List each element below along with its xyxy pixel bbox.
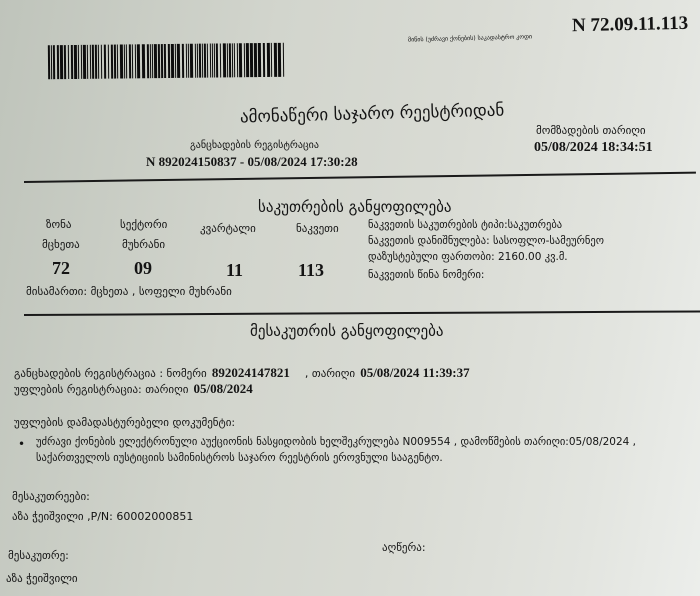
- barcode-bar: [229, 43, 231, 77]
- sector-label: სექტორი: [120, 218, 167, 231]
- parcel-purpose: ნაკვეთის დანიშნულება: სასოფლო-სამეურნეო: [368, 235, 604, 247]
- owner-name: აზა ჭეიშვილი: [6, 572, 78, 585]
- barcode-bar: [64, 45, 66, 79]
- barcode-bar: [57, 45, 59, 79]
- barcode-bar: [278, 43, 281, 77]
- barcode-bar: [120, 44, 123, 78]
- document-title: ამონაწერი საჯარო რეესტრიდან: [240, 101, 505, 128]
- barcode-bar: [164, 44, 166, 78]
- barcode-bar: [283, 43, 284, 77]
- barcode-bar: [204, 44, 206, 78]
- barcode-bar: [117, 45, 118, 79]
- parcel-ownership-type: ნაკვეთის საკუთრების ტიპი:საკუთრება: [368, 219, 562, 231]
- barcode-bar: [182, 44, 184, 78]
- barcode-bar: [274, 43, 277, 77]
- barcode-bar: [83, 45, 86, 79]
- barcode-bar: [114, 45, 116, 79]
- quarter-label: კვარტალი: [200, 222, 256, 235]
- barcode-bar: [147, 44, 149, 78]
- preparation-date-label: მომზადების თარიღი: [536, 124, 646, 137]
- right-registration: უფლების რეგისტრაცია: თარიღი 05/08/2024: [14, 378, 253, 397]
- sector-name: მუხრანი: [122, 238, 165, 251]
- parcel-previous-number: ნაკვეთის წინა ნომერი:: [368, 269, 484, 281]
- barcode-bar: [108, 45, 109, 79]
- zone-value: 72: [52, 258, 70, 279]
- cadastral-code-caption: მიწის (უძრავი ქონების) საკადასტრო კოდი: [408, 33, 532, 43]
- owner-application-date: 05/08/2024 11:39:37: [360, 365, 469, 380]
- document-line-1: უძრავი ქონების ელექტრონული აუქციონის ნას…: [36, 436, 636, 448]
- barcode-bar: [68, 45, 69, 79]
- document-line-2: საქართველოს იუსტიციის სამინისტროს საჯარო…: [36, 452, 443, 464]
- parcel-label: ნაკვეთი: [296, 222, 339, 235]
- barcode-bar: [95, 45, 97, 79]
- barcode-bar: [78, 45, 79, 79]
- owners-label: მესაკუთრეები:: [12, 490, 90, 503]
- barcode-bar: [177, 44, 180, 78]
- barcode-bar: [171, 44, 174, 78]
- barcode-bar: [234, 43, 235, 77]
- zone-name: მცხეთა: [42, 238, 80, 251]
- barcode-bar: [263, 43, 265, 77]
- barcode-bar: [137, 44, 140, 78]
- barcode-bar: [199, 44, 201, 78]
- barcode-bar: [168, 44, 170, 78]
- documents-label: უფლების დამადასტურებელი დოკუმენტი:: [14, 416, 235, 429]
- barcode-bar: [220, 43, 221, 77]
- application-registration-value: N 892024150837 - 05/08/2024 17:30:28: [146, 154, 358, 170]
- bullet-icon: •: [18, 437, 25, 451]
- barcode-bar: [267, 43, 270, 77]
- owners-name: აზა ჭეიშვილი ,P/N: 60002000851: [12, 510, 193, 523]
- barcode-bar: [250, 43, 253, 77]
- owner-application-date-label: , თარიღი: [305, 367, 355, 380]
- address: მისამართი: მცხეთა , სოფელი მუხრანი: [26, 285, 232, 298]
- sector-value: 09: [134, 258, 152, 279]
- barcode-bar: [104, 45, 106, 79]
- barcode-bar: [74, 45, 77, 79]
- barcode-bar: [129, 44, 131, 78]
- barcode-bar: [258, 43, 261, 77]
- application-registration-label: განცხადების რეგისტრაცია: [190, 140, 319, 151]
- description-label: აღწერა:: [382, 541, 426, 554]
- barcode: [48, 43, 288, 80]
- barcode-bar: [271, 43, 272, 77]
- barcode-bar: [111, 45, 113, 79]
- barcode-bar: [53, 45, 55, 79]
- barcode-bar: [92, 45, 94, 79]
- barcode-bar: [98, 45, 99, 79]
- barcode-bar: [207, 44, 208, 78]
- barcode-bar: [48, 45, 50, 79]
- owners-value: აზა ჭეიშვილი ,P/N: 60002000851: [12, 505, 193, 524]
- divider: [24, 310, 700, 316]
- cadastral-code: N 72.09.11.113: [572, 13, 689, 37]
- barcode-bar: [190, 44, 193, 78]
- right-registration-date: 05/08/2024: [194, 381, 253, 396]
- barcode-bar: [239, 43, 242, 77]
- owner-section-title: მესაკუთრის განყოფილება: [250, 322, 444, 340]
- barcode-bar: [223, 43, 226, 77]
- barcode-bar: [154, 44, 157, 78]
- preparation-date-value: 05/08/2024 18:34:51: [534, 140, 653, 156]
- barcode-bar: [254, 43, 257, 77]
- barcode-bar: [161, 44, 163, 78]
- barcode-bar: [60, 45, 63, 79]
- zone-label: ზონა: [46, 218, 72, 231]
- barcode-bar: [132, 44, 133, 78]
- barcode-bar: [246, 43, 249, 77]
- barcode-bar: [87, 45, 88, 79]
- parcel-value: 113: [298, 260, 324, 281]
- barcode-bar: [158, 44, 160, 78]
- property-section-title: საკუთრების განყოფილება: [258, 198, 451, 216]
- owner-label: მესაკუთრე:: [8, 549, 69, 562]
- barcode-bar: [71, 45, 73, 79]
- quarter-value: 11: [226, 260, 243, 281]
- barcode-bar: [101, 45, 102, 79]
- barcode-bar: [126, 44, 127, 78]
- barcode-bar: [216, 43, 218, 77]
- barcode-bar: [142, 44, 145, 78]
- parcel-area: დაზუსტებული ფართობი: 2160.00 კვ.მ.: [368, 251, 568, 263]
- divider: [24, 172, 696, 183]
- right-registration-label: უფლების რეგისტრაცია: თარიღი: [14, 383, 188, 396]
